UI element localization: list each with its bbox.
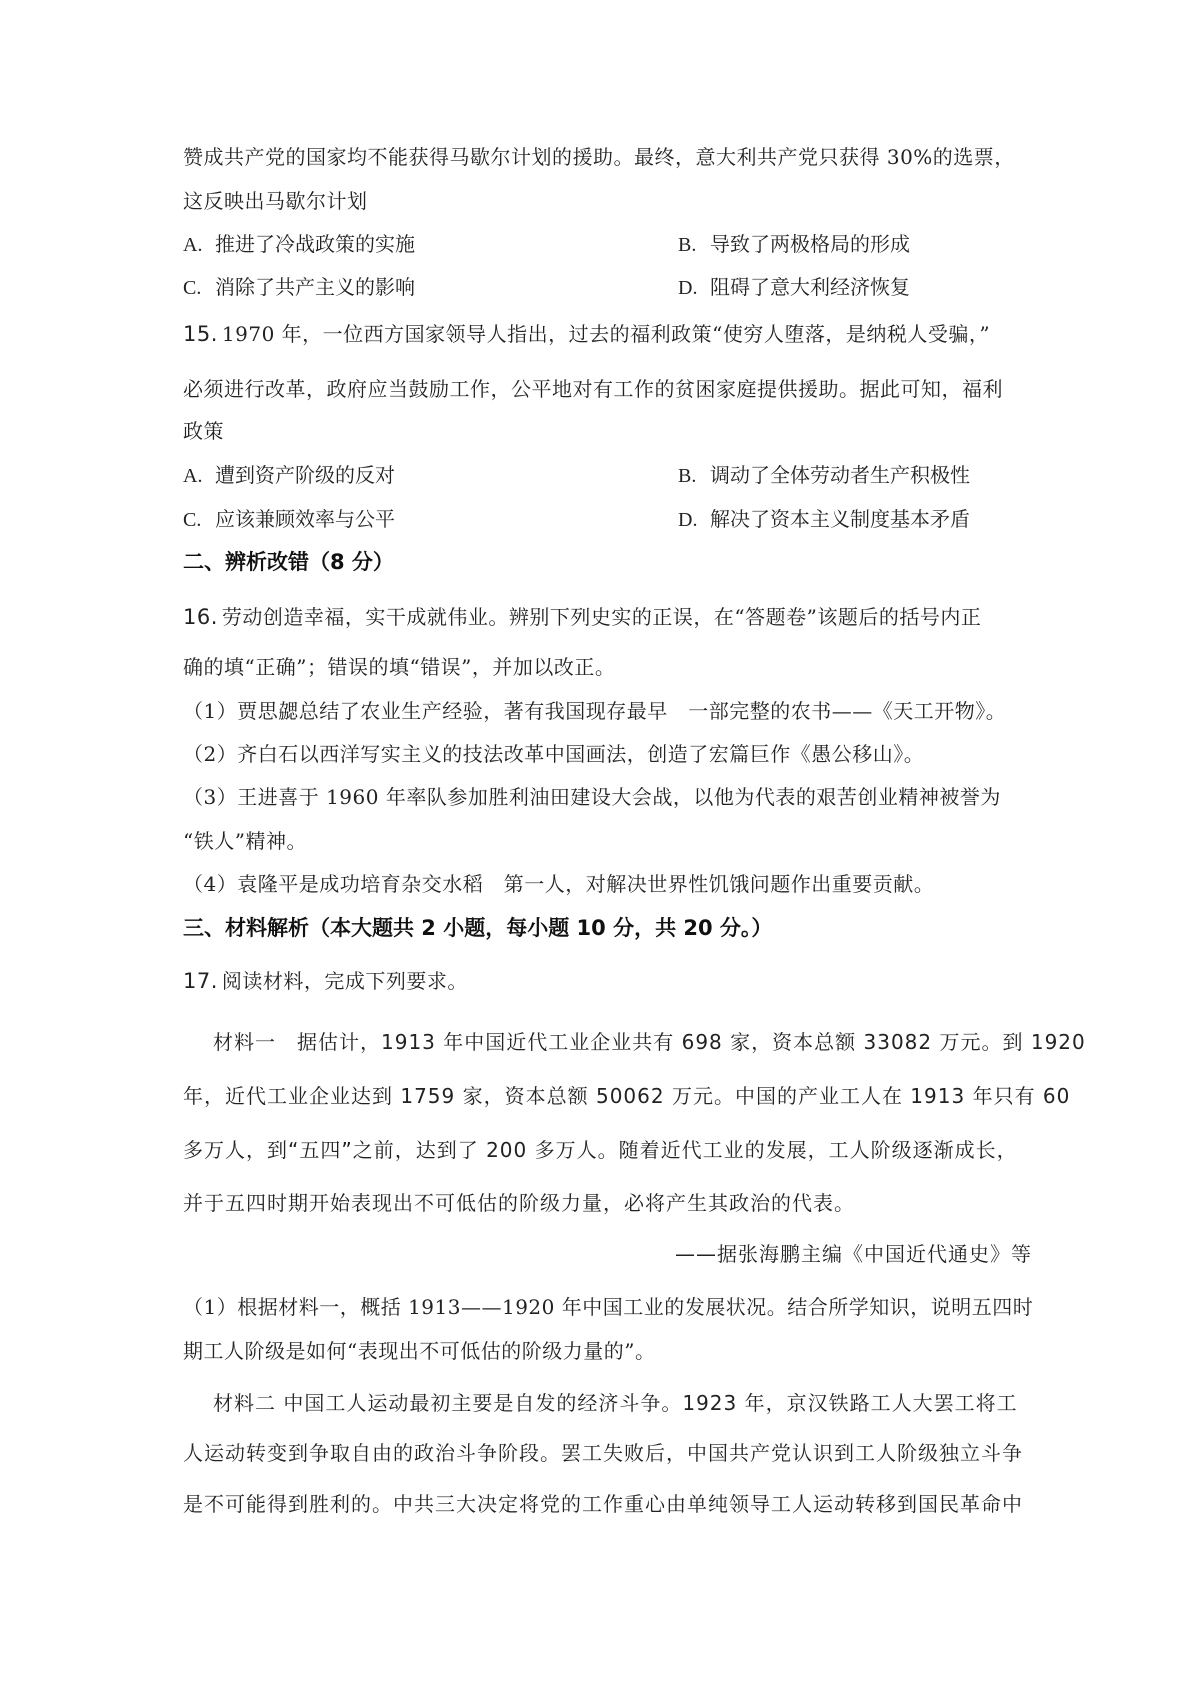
material-1-line-1: 材料一 据估计，1913 年中国近代工业企业共有 698 家，资本总额 3308… xyxy=(213,1028,1086,1056)
section-3-heading: 三、材料解析（本大题共 2 小题，每小题 10 分，共 20 分。） xyxy=(183,913,772,943)
material-2-line-3: 是不可能得到胜利的。中共三大决定将党的工作重心由单纯领导工人运动转移到国民革命中 xyxy=(183,1490,1023,1518)
option-text: 导致了两极格局的形成 xyxy=(710,232,910,256)
option-text: 推进了冷战政策的实施 xyxy=(215,232,415,256)
option-label: B. xyxy=(678,231,710,259)
option-label: D. xyxy=(678,506,710,534)
option-text: 应该兼顾效率与公平 xyxy=(215,507,395,531)
question-number: 15. xyxy=(183,322,218,346)
question-number: 16. xyxy=(183,605,218,629)
material-1-source: ——据张海鹏主编《中国近代通史》等 xyxy=(675,1240,1032,1268)
option-label: D. xyxy=(678,274,710,302)
q16-item-1: （1）贾思勰总结了农业生产经验，著有我国现存最早 一部完整的农书——《天工开物》… xyxy=(183,697,1006,725)
question-number: 17. xyxy=(183,969,218,993)
q15-option-a: A.遭到资产阶级的反对 xyxy=(183,461,395,490)
option-text: 调动了全体劳动者生产积极性 xyxy=(710,463,970,487)
option-label: C. xyxy=(183,274,215,302)
q17-stem: 17.阅读材料，完成下列要求。 xyxy=(183,967,468,995)
q16-item-3: （3）王进喜于 1960 年率队参加胜利油田建设大会战，以他为代表的艰苦创业精神… xyxy=(183,783,1001,811)
option-label: C. xyxy=(183,506,215,534)
material-1-line-4: 并于五四时期开始表现出不可低估的阶级力量，必将产生其政治的代表。 xyxy=(183,1189,855,1217)
section-2-heading: 二、辨析改错（8 分） xyxy=(183,547,394,577)
q16-stem-line-1: 16.劳动创造幸福，实干成就伟业。辨别下列史实的正误，在“答题卷”该题后的括号内… xyxy=(183,603,981,631)
option-text: 阻碍了意大利经济恢复 xyxy=(710,275,910,299)
option-label: B. xyxy=(678,462,710,490)
q15-option-b: B.调动了全体劳动者生产积极性 xyxy=(678,461,970,490)
q16-item-3-cont: “铁人”精神。 xyxy=(183,827,307,855)
q17-stem-text: 阅读材料，完成下列要求。 xyxy=(222,969,468,993)
q15-option-d: D.解决了资本主义制度基本矛盾 xyxy=(678,505,970,534)
q17-sub1-line-1: （1）根据材料一，概括 1913——1920 年中国工业的发展状况。结合所学知识… xyxy=(183,1293,1033,1321)
q17-sub1-line-2: 期工人阶级是如何“表现出不可低估的阶级力量的”。 xyxy=(183,1337,655,1365)
q14-stem-line-1: 赞成共产党的国家均不能获得马歇尔计划的援助。最终，意大利共产党只获得 30%的选… xyxy=(183,143,1015,171)
option-text: 遭到资产阶级的反对 xyxy=(215,463,395,487)
material-2-line-2: 人运动转变到争取自由的政治斗争阶段。罢工失败后，中国共产党认识到工人阶级独立斗争 xyxy=(183,1439,1023,1467)
option-text: 消除了共产主义的影响 xyxy=(215,275,415,299)
q16-item-2: （2）齐白石以西洋写实主义的技法改革中国画法，创造了宏篇巨作《愚公移山》。 xyxy=(183,740,924,768)
q14-stem-line-2: 这反映出马歇尔计划 xyxy=(183,187,368,215)
material-2-line-1: 材料二 中国工人运动最初主要是自发的经济斗争。1923 年，京汉铁路工人大罢工将… xyxy=(213,1389,1018,1417)
q14-option-c: C.消除了共产主义的影响 xyxy=(183,273,415,302)
q16-stem-line-2: 确的填“正确”；错误的填“错误”，并加以改正。 xyxy=(183,653,615,681)
option-label: A. xyxy=(183,462,215,490)
q14-option-b: B.导致了两极格局的形成 xyxy=(678,230,910,259)
q16-stem-text: 劳动创造幸福，实干成就伟业。辨别下列史实的正误，在“答题卷”该题后的括号内正 xyxy=(222,605,981,629)
q14-option-d: D.阻碍了意大利经济恢复 xyxy=(678,273,910,302)
q15-stem-text: 1970 年，一位西方国家领导人指出，过去的福利政策“使穷人堕落，是纳税人受骗，… xyxy=(222,322,990,346)
option-text: 解决了资本主义制度基本矛盾 xyxy=(710,507,970,531)
q15-stem-line-1: 15.1970 年，一位西方国家领导人指出，过去的福利政策“使穷人堕落，是纳税人… xyxy=(183,320,990,348)
material-1-line-2: 年，近代工业企业达到 1759 家，资本总额 50062 万元。中国的产业工人在… xyxy=(183,1082,1070,1110)
q15-stem-line-2: 必须进行改革，政府应当鼓励工作，公平地对有工作的贫困家庭提供援助。据此可知，福利 xyxy=(183,375,1003,403)
q15-option-c: C.应该兼顾效率与公平 xyxy=(183,505,395,534)
material-1-line-3: 多万人，到“五四”之前，达到了 200 多万人。随着近代工业的发展，工人阶级逐渐… xyxy=(183,1136,1018,1164)
q15-stem-line-3: 政策 xyxy=(183,417,224,445)
q14-option-a: A.推进了冷战政策的实施 xyxy=(183,230,415,259)
q16-item-4: （4）袁隆平是成功培育杂交水稻 第一人，对解决世界性饥饿问题作出重要贡献。 xyxy=(183,870,934,898)
option-label: A. xyxy=(183,231,215,259)
